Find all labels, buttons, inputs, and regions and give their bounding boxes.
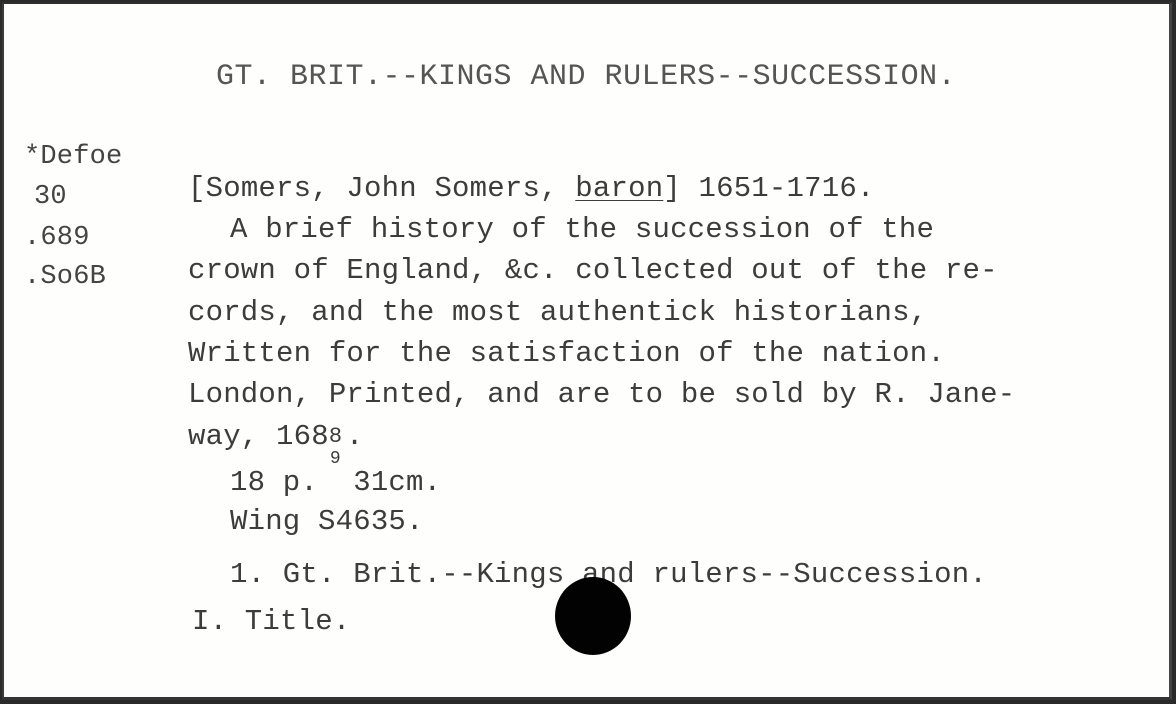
call-number-line: *Defoe xyxy=(24,144,122,171)
catalog-card: GT. BRIT.--KINGS AND RULERS--SUCCESSION.… xyxy=(2,2,1172,700)
call-number-line: 30 xyxy=(34,184,67,211)
call-number-line: .So6B xyxy=(24,264,106,291)
collation: 18 p. 31cm. xyxy=(230,468,441,497)
title-line: cords, and the most authentick historian… xyxy=(188,298,927,327)
call-number-line: .689 xyxy=(24,225,90,252)
year-correction-over: 8 xyxy=(329,426,342,448)
author-dates: ] 1651-1716. xyxy=(663,172,874,205)
imprint-date-suffix: . xyxy=(346,420,364,453)
punch-hole xyxy=(555,577,631,655)
wing-reference: Wing S4635. xyxy=(230,507,424,536)
author-bracket: [ xyxy=(188,172,206,205)
imprint-date-prefix: way, 168 xyxy=(188,420,329,453)
title-line: A brief history of the succession of the xyxy=(230,215,934,244)
author-title: baron xyxy=(575,172,663,205)
title-line: Written for the satisfaction of the nati… xyxy=(188,339,945,368)
author-name: Somers, John Somers, xyxy=(206,172,576,205)
title-tracing: I. Title. xyxy=(192,607,350,636)
author-entry: [Somers, John Somers, baron] 1651-1716. xyxy=(188,174,875,203)
title-line: crown of England, &c. collected out of t… xyxy=(188,256,998,285)
subject-heading: GT. BRIT.--KINGS AND RULERS--SUCCESSION. xyxy=(216,62,956,92)
imprint-date: way, 16889. xyxy=(188,422,363,451)
imprint-line: London, Printed, and are to be sold by R… xyxy=(188,380,1015,409)
